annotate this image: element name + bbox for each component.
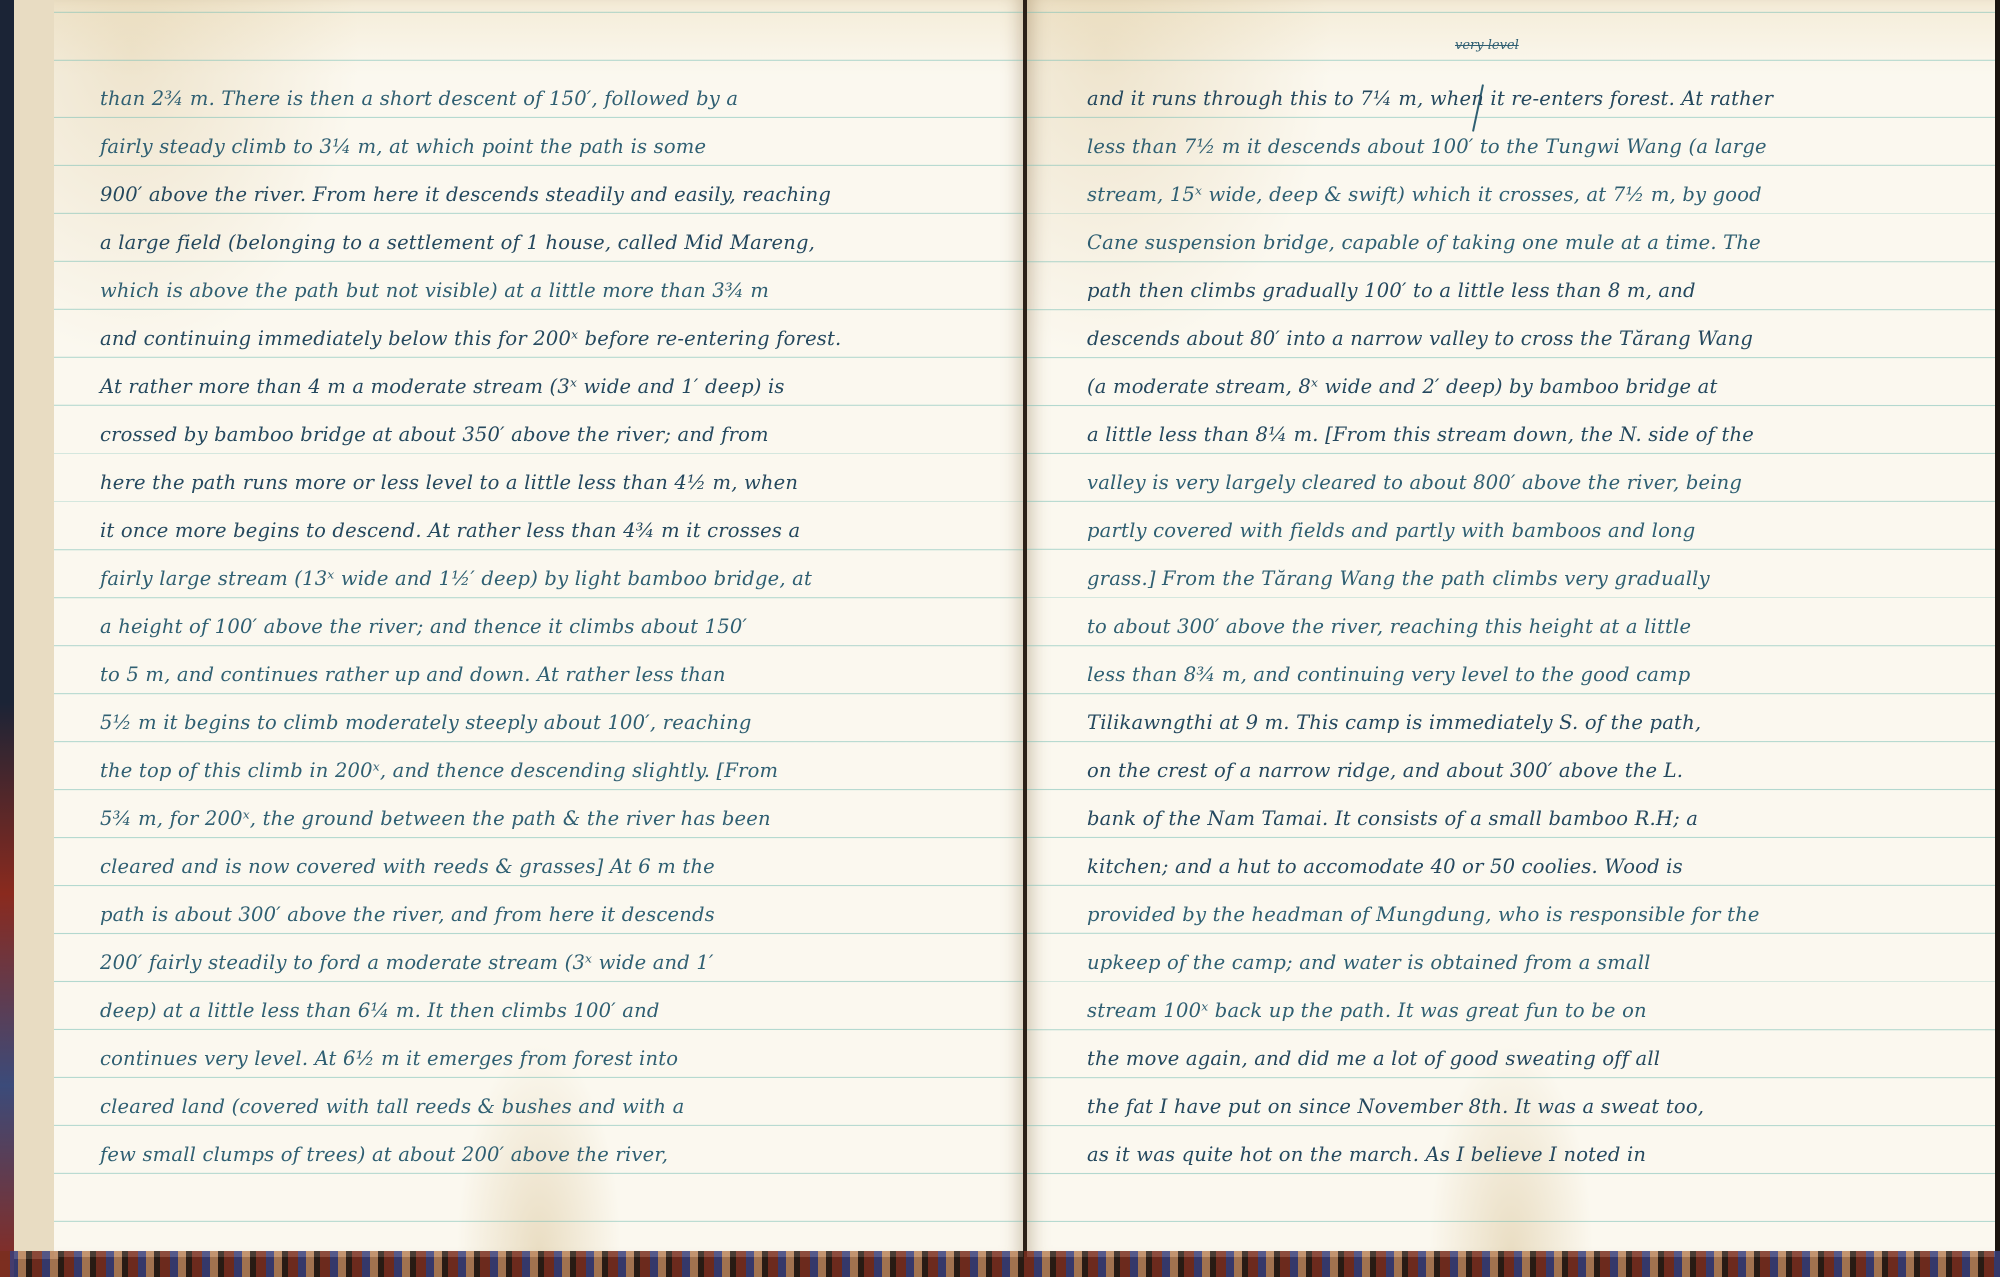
text-line: cleared and is now covered with reeds & … (54, 843, 1024, 891)
left-page: than 2¾ m. There is then a short descent… (54, 0, 1024, 1257)
text-line: fairly steady climb to 3¼ m, at which po… (54, 123, 1024, 171)
text-line: 5¾ m, for 200ˣ, the ground between the p… (54, 795, 1024, 843)
text-line: At rather more than 4 m a moderate strea… (54, 363, 1024, 411)
text-line: the fat I have put on since November 8th… (1027, 1083, 1995, 1131)
text-line: here the path runs more or less level to… (54, 459, 1024, 507)
text-line: Tilikawngthi at 9 m. This camp is immedi… (1027, 699, 1995, 747)
text-line: the move again, and did me a lot of good… (1027, 1035, 1995, 1083)
text-line: kitchen; and a hut to accomodate 40 or 5… (1027, 843, 1995, 891)
text-line: partly covered with fields and partly wi… (1027, 507, 1995, 555)
left-page-text: than 2¾ m. There is then a short descent… (54, 75, 1024, 1179)
text-line: 200′ fairly steadily to ford a moderate … (54, 939, 1024, 987)
text-line: less than 8¾ m, and continuing very leve… (1027, 651, 1995, 699)
text-line: and it runs through this to 7¼ m, when i… (1027, 75, 1995, 123)
text-line: upkeep of the camp; and water is obtaine… (1027, 939, 1995, 987)
text-line: it once more begins to descend. At rathe… (54, 507, 1024, 555)
text-line: path is about 300′ above the river, and … (54, 891, 1024, 939)
text-line: the top of this climb in 200ˣ, and thenc… (54, 747, 1024, 795)
text-line: to about 300′ above the river, reaching … (1027, 603, 1995, 651)
text-line: as it was quite hot on the march. As I b… (1027, 1131, 1995, 1179)
text-line: valley is very largely cleared to about … (1027, 459, 1995, 507)
text-line: and continuing immediately below this fo… (54, 315, 1024, 363)
text-line: 900′ above the river. From here it desce… (54, 171, 1024, 219)
marbled-cover-edge (0, 0, 14, 1277)
text-line: crossed by bamboo bridge at about 350′ a… (54, 411, 1024, 459)
text-line: 5½ m it begins to climb moderately steep… (54, 699, 1024, 747)
right-page: very level and it runs through this to 7… (1027, 0, 1995, 1257)
text-line: fairly large stream (13ˣ wide and 1½′ de… (54, 555, 1024, 603)
text-line: a large field (belonging to a settlement… (54, 219, 1024, 267)
text-line: cleared land (covered with tall reeds & … (54, 1083, 1024, 1131)
text-line: (a moderate stream, 8ˣ wide and 2′ deep)… (1027, 363, 1995, 411)
text-line: continues very level. At 6½ m it emerges… (54, 1035, 1024, 1083)
text-line: which is above the path but not visible)… (54, 267, 1024, 315)
text-line: on the crest of a narrow ridge, and abou… (1027, 747, 1995, 795)
text-line: to 5 m, and continues rather up and down… (54, 651, 1024, 699)
text-line: than 2¾ m. There is then a short descent… (54, 75, 1024, 123)
marbled-cover-bottom (0, 1251, 2000, 1277)
text-line: descends about 80′ into a narrow valley … (1027, 315, 1995, 363)
text-line: few small clumps of trees) at about 200′… (54, 1131, 1024, 1179)
struck-insertion: very level (1455, 38, 1519, 53)
text-line: grass.] From the Tărang Wang the path cl… (1027, 555, 1995, 603)
text-line: provided by the headman of Mungdung, who… (1027, 891, 1995, 939)
right-page-text: and it runs through this to 7¼ m, when i… (1027, 75, 1995, 1179)
text-line: stream, 15ˣ wide, deep & swift) which it… (1027, 171, 1995, 219)
text-line: deep) at a little less than 6¼ m. It the… (54, 987, 1024, 1035)
text-line: a height of 100′ above the river; and th… (54, 603, 1024, 651)
text-line: path then climbs gradually 100′ to a lit… (1027, 267, 1995, 315)
text-line: less than 7½ m it descends about 100′ to… (1027, 123, 1995, 171)
text-line: bank of the Nam Tamai. It consists of a … (1027, 795, 1995, 843)
page-edges-stack (14, 0, 59, 1259)
text-line: stream 100ˣ back up the path. It was gre… (1027, 987, 1995, 1035)
text-line: a little less than 8¼ m. [From this stre… (1027, 411, 1995, 459)
text-line: Cane suspension bridge, capable of takin… (1027, 219, 1995, 267)
